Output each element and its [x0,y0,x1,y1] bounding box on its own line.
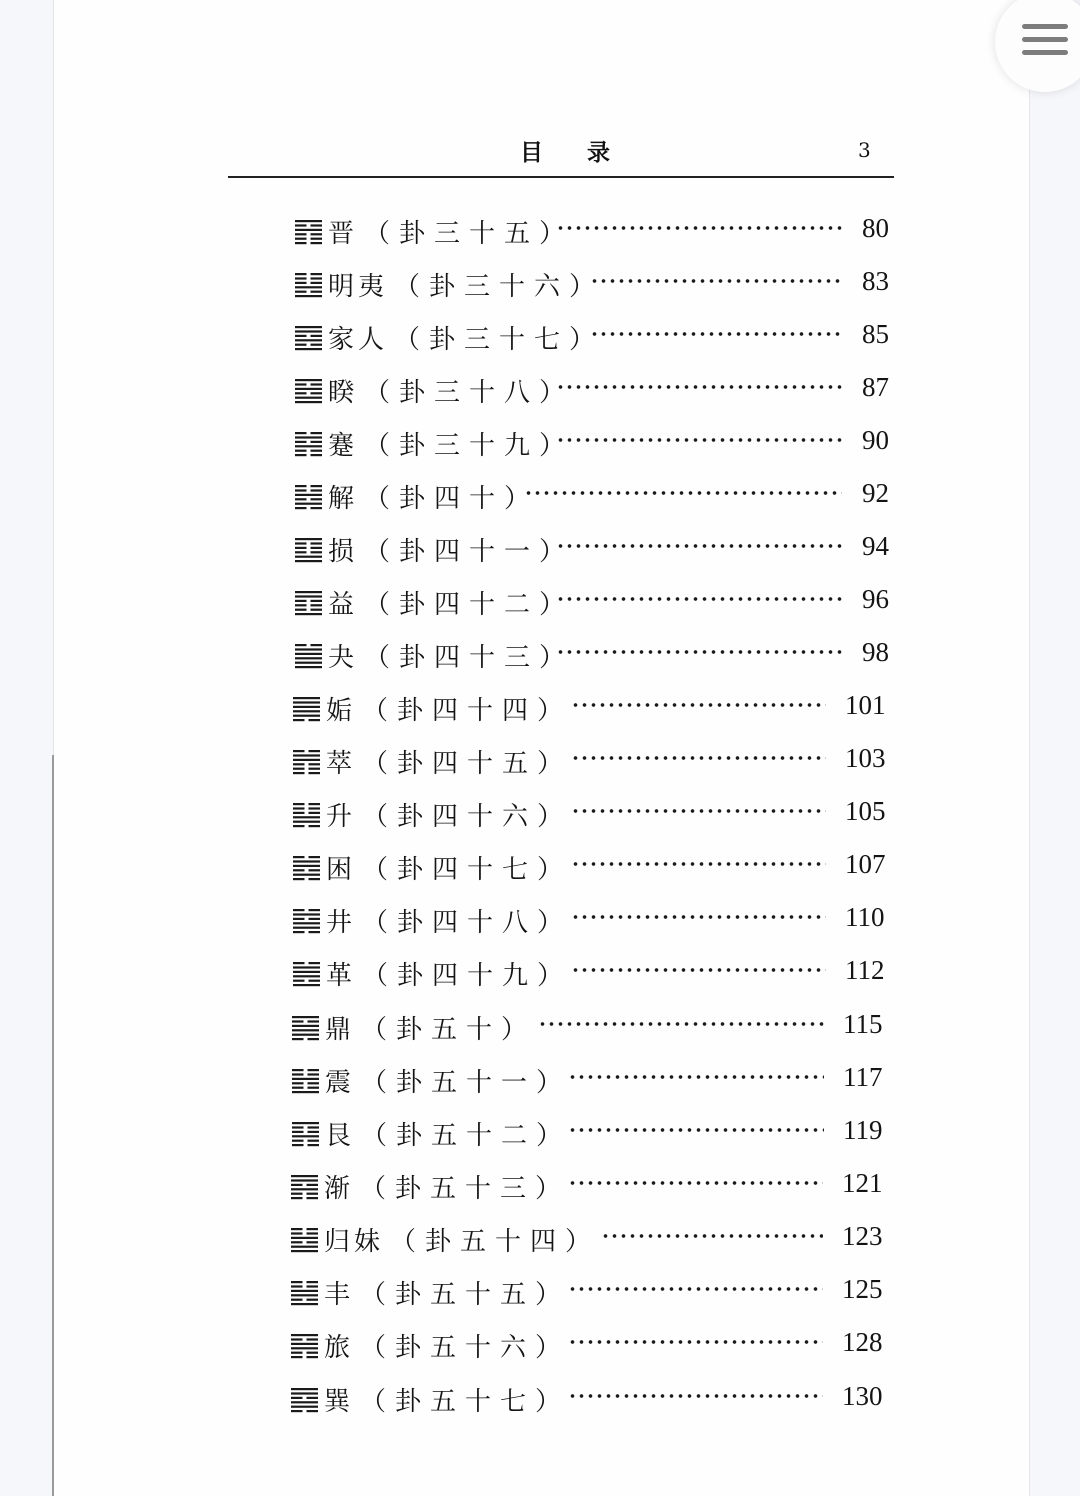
hexagram-number: （卦四十五） [362,743,572,780]
hexagram-name: 益 [328,584,358,621]
page-number: 117 [843,1062,883,1093]
hexagram-icon [290,1172,320,1200]
dot-leader [568,1074,824,1080]
page-title: 目录 [520,134,654,167]
toc-entry[interactable]: 井（卦四十八）110 [292,900,895,940]
dot-leader [571,702,826,708]
hexagram-number: （卦三十九） [364,425,574,462]
hexagram-number: （卦四十九） [362,955,572,992]
toc-entry[interactable]: 晋（卦三十五）80 [294,211,912,251]
hexagram-icon [290,1331,320,1359]
hexagram-name: 井 [326,902,356,939]
hexagram-number: （卦四十三） [364,637,574,674]
page-number: 96 [862,584,889,615]
hexagram-number: （卦五十二） [361,1115,571,1152]
page-header: 目录 3 [228,130,894,178]
hexagram-name: 家人 [328,319,388,356]
hexagram-name: 解 [328,478,358,515]
hexagram-number: （卦五十七） [360,1381,570,1418]
page-number: 110 [845,902,885,933]
page-number: 98 [862,637,889,668]
page-number: 125 [842,1274,883,1305]
hexagram-number: （卦五十一） [361,1062,571,1099]
hamburger-menu-icon-line [1022,37,1068,42]
hexagram-number: （卦五十六） [360,1327,570,1364]
page-number: 128 [842,1327,883,1358]
dot-leader [556,649,842,655]
hexagram-icon [294,217,324,245]
hexagram-number: （卦三十六） [394,266,604,303]
hexagram-icon [294,376,324,404]
page-number: 87 [862,372,889,403]
hexagram-name: 夬 [328,637,358,674]
hexagram-number: （卦四十一） [364,531,574,568]
hexagram-number: （卦四十七） [362,849,572,886]
dot-leader [568,1339,823,1345]
hexagram-name: 震 [325,1062,355,1099]
dot-leader [568,1286,823,1292]
dot-leader [556,437,842,443]
hexagram-icon [294,270,324,298]
page-number: 105 [845,796,886,827]
toc-entry[interactable]: 归妹（卦五十四）123 [290,1219,892,1259]
hexagram-number: （卦三十八） [364,372,574,409]
hexagram-number: （卦五十四） [390,1221,600,1258]
page-number: 119 [843,1115,883,1146]
dot-leader [601,1233,823,1239]
hexagram-name: 鼎 [325,1009,355,1046]
toc-entry[interactable]: 丰（卦五十五）125 [290,1272,892,1312]
toc-entry[interactable]: 困（卦四十七）107 [292,847,895,887]
hexagram-icon [294,323,324,351]
page-number: 112 [845,955,885,986]
hexagram-number: （卦四十二） [364,584,574,621]
dot-leader [556,384,842,390]
toc-entry[interactable]: 明夷（卦三十六）83 [294,264,912,304]
page-number: 101 [845,690,886,721]
hexagram-icon [294,535,324,563]
hexagram-name: 归妹 [324,1221,384,1258]
dot-leader [524,490,842,496]
toc-entry[interactable]: 损（卦四十一）94 [294,529,912,569]
dot-leader [556,596,842,602]
hamburger-menu-icon [1022,24,1068,29]
page-number: 103 [845,743,886,774]
hexagram-icon [294,641,324,669]
header-page-number: 3 [858,138,871,162]
dot-leader [556,225,842,231]
hexagram-name: 蹇 [328,425,358,462]
dot-leader [556,543,842,549]
hexagram-icon [291,1013,321,1041]
hexagram-name: 晋 [328,213,358,250]
toc-entry[interactable]: 鼎（卦五十）115 [291,1007,893,1047]
hexagram-icon [292,853,322,881]
hamburger-menu-icon-line [1022,50,1068,55]
toc-entry[interactable]: 渐（卦五十三）121 [290,1166,892,1206]
page-number: 80 [862,213,889,244]
page-number: 107 [845,849,886,880]
toc-entry[interactable]: 艮（卦五十二）119 [291,1113,893,1153]
hexagram-number: （卦五十五） [360,1274,570,1311]
hexagram-icon [292,906,322,934]
hexagram-name: 萃 [326,743,356,780]
toc-entry[interactable]: 革（卦四十九）112 [292,953,895,993]
hexagram-number: （卦四十八） [362,902,572,939]
hexagram-icon [290,1225,320,1253]
hexagram-number: （卦三十五） [364,213,574,250]
hexagram-number: （卦三十七） [394,319,604,356]
hexagram-name: 渐 [324,1168,354,1205]
hexagram-name: 旅 [324,1327,354,1364]
hexagram-icon [294,588,324,616]
page-number: 115 [843,1009,883,1040]
toc-entry[interactable]: 益（卦四十二）96 [294,582,912,622]
page-edge-shadow [52,755,54,1496]
hexagram-icon [291,1119,321,1147]
dot-leader [571,914,826,920]
dot-leader [590,331,842,337]
page-number: 94 [862,531,889,562]
toc-entry[interactable]: 睽（卦三十八）87 [294,370,912,410]
dot-leader [571,755,826,761]
hexagram-icon [290,1385,320,1413]
hexagram-icon [292,800,322,828]
dot-leader [568,1393,823,1399]
dot-leader [538,1021,824,1027]
hexagram-number: （卦四十四） [362,690,572,727]
hexagram-icon [294,429,324,457]
hexagram-name: 丰 [324,1274,354,1311]
dot-leader [571,861,826,867]
hexagram-icon [290,1278,320,1306]
hexagram-icon [291,1066,321,1094]
hexagram-name: 革 [326,955,356,992]
page-number: 130 [842,1381,883,1412]
page-number: 123 [842,1221,883,1252]
toc-entry[interactable]: 家人（卦三十七）85 [294,317,912,357]
hexagram-name: 睽 [328,372,358,409]
hexagram-icon [292,959,322,987]
hexagram-number: （卦四十） [364,478,539,515]
hexagram-name: 姤 [326,690,356,727]
hexagram-name: 损 [328,531,358,568]
hexagram-name: 升 [326,796,356,833]
hexagram-icon [292,747,322,775]
page-number: 90 [862,425,889,456]
toc-entry[interactable]: 夬（卦四十三）98 [294,635,912,675]
hexagram-icon [292,694,322,722]
toc-entry[interactable]: 萃（卦四十五）103 [292,741,895,781]
header-divider [228,176,894,178]
hexagram-number: （卦五十） [361,1009,536,1046]
dot-leader [590,278,842,284]
toc-entry[interactable]: 解（卦四十）92 [294,476,912,516]
page-number: 92 [862,478,889,509]
toc-entry[interactable]: 震（卦五十一）117 [291,1060,893,1100]
page-number: 83 [862,266,889,297]
toc-entry[interactable]: 巽（卦五十七）130 [290,1379,892,1419]
dot-leader [571,808,826,814]
dot-leader [568,1127,824,1133]
hexagram-name: 困 [326,849,356,886]
page-number: 85 [862,319,889,350]
toc-entry[interactable]: 蹇（卦三十九）90 [294,423,912,463]
dot-leader [571,967,826,973]
hexagram-icon [294,482,324,510]
hexagram-name: 明夷 [328,266,388,303]
page-number: 121 [842,1168,883,1199]
toc-entry[interactable]: 旅（卦五十六）128 [290,1325,892,1365]
hexagram-name: 艮 [325,1115,355,1152]
hexagram-number: （卦四十六） [362,796,572,833]
hexagram-name: 巽 [324,1381,354,1418]
toc-entry[interactable]: 升（卦四十六）105 [292,794,895,834]
toc-entry[interactable]: 姤（卦四十四）101 [292,688,895,728]
dot-leader [568,1180,823,1186]
hexagram-number: （卦五十三） [360,1168,570,1205]
